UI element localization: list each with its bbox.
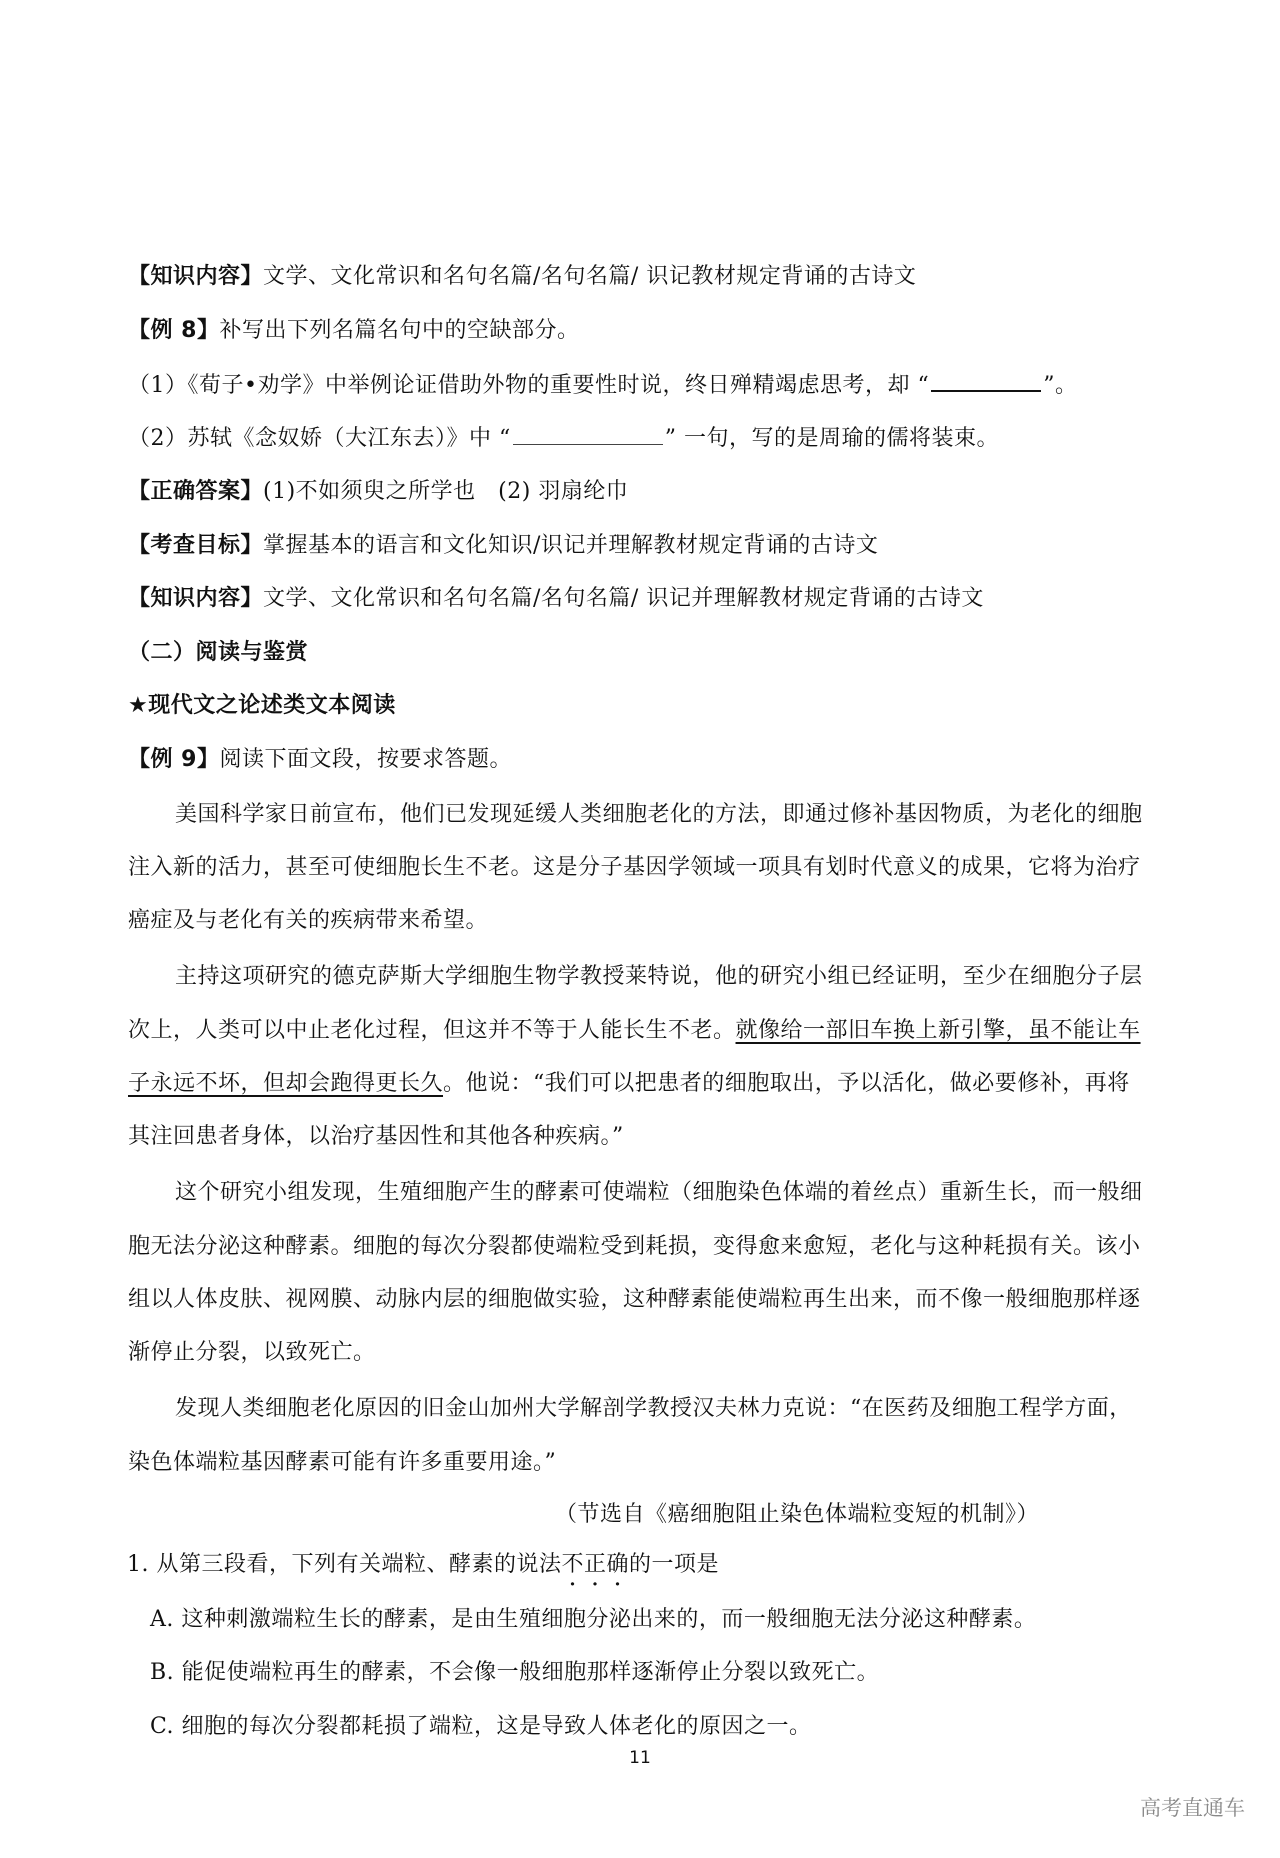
question1-stem: 1. 从第三段看，下列有关端粒、酵素的说法不正确的一项是 (127, 1550, 719, 1580)
q2-prefix: （2）苏轼《念奴娇（大江东去）》中 “ (128, 426, 511, 451)
knowledge-content-line-top: 【知识内容】文学、文化常识和名句名篇/名句名篇/ 识记教材规定背诵的古诗文 (128, 262, 916, 292)
goal-line: 【考查目标】掌握基本的语言和文化知识/识记并理解教材规定背诵的古诗文 (128, 531, 878, 561)
example8-heading: 【例 8】补写出下列名篇名句中的空缺部分。 (128, 316, 579, 346)
p2-line1: 主持这项研究的德克萨斯大学细胞生物学教授莱特说，他的研究小组已经证明，至少在细胞… (175, 962, 1143, 992)
q1-blank[interactable] (931, 370, 1041, 392)
option-a[interactable]: A. 这种刺激端粒生长的酵素，是由生殖细胞分泌出来的，而一般细胞无法分泌这种酵素… (150, 1605, 1036, 1635)
example8-tag: 【例 8】 (128, 318, 219, 343)
p1-line2: 注入新的活力，甚至可使细胞长生不老。这是分子基因学领域一项具有划时代意义的成果，… (128, 853, 1141, 883)
option-b[interactable]: B. 能促使端粒再生的酵素，不会像一般细胞那样逐渐停止分裂以致死亡。 (150, 1658, 879, 1688)
section-subheading: ★现代文之论述类文本阅读 (128, 691, 396, 721)
p3-line1: 这个研究小组发现，生殖细胞产生的酵素可使端粒（细胞染色体端的着丝点）重新生长，而… (175, 1178, 1143, 1208)
q2-blank[interactable] (513, 424, 663, 445)
q-stem-suffix: 的一项是 (629, 1552, 719, 1577)
p4-line1: 发现人类细胞老化原因的旧金山加州大学解剖学教授汉夫林力克说：“在医药及细胞工程学… (175, 1394, 1132, 1424)
example9-tag: 【例 9】 (128, 747, 219, 772)
document-page: 【知识内容】文学、文化常识和名句名篇/名句名篇/ 识记教材规定背诵的古诗文 【例… (0, 0, 1280, 1858)
emphasis-char: 正 (584, 1552, 607, 1577)
knowledge-tag: 【知识内容】 (128, 586, 263, 611)
p2-line3-plain: 。他说：“我们可以把患者的细胞取出，予以活化，做必要修补，再将 (443, 1071, 1130, 1096)
goal-tag: 【考查目标】 (128, 533, 263, 558)
emphasis-char: 确 (607, 1552, 630, 1577)
q1-suffix: ”。 (1043, 373, 1077, 398)
p3-line2: 胞无法分泌这种酵素。细胞的每次分裂都使端粒受到耗损，变得愈来愈短，老化与这种耗损… (128, 1232, 1141, 1262)
page-number: 11 (629, 1748, 651, 1768)
p2-line2: 次上，人类可以中止老化过程，但这并不等于人能长生不老。就像给一部旧车换上新引擎，… (128, 1016, 1141, 1046)
p2-line2-plain: 次上，人类可以中止老化过程，但这并不等于人能长生不老。 (128, 1018, 736, 1043)
answer-tag: 【正确答案】 (128, 479, 263, 504)
answer-text: (1)不如须臾之所学也 (2) 羽扇纶巾 (263, 479, 628, 504)
emphasis-char: 不 (562, 1552, 585, 1577)
example9-prompt: 阅读下面文段，按要求答题。 (219, 747, 512, 772)
section-heading: （二）阅读与鉴赏 (128, 638, 308, 668)
q2-suffix: ” 一句，写的是周瑜的儒将装束。 (665, 426, 999, 451)
knowledge-content-line: 【知识内容】文学、文化常识和名句名篇/名句名篇/ 识记并理解教材规定背诵的古诗文 (128, 584, 984, 614)
option-c[interactable]: C. 细胞的每次分裂都耗损了端粒，这是导致人体老化的原因之一。 (150, 1712, 812, 1742)
knowledge-text: 文学、文化常识和名句名篇/名句名篇/ 识记教材规定背诵的古诗文 (263, 264, 916, 289)
goal-text: 掌握基本的语言和文化知识/识记并理解教材规定背诵的古诗文 (263, 533, 878, 558)
example8-prompt: 补写出下列名篇名句中的空缺部分。 (219, 318, 579, 343)
q1-prefix: （1）《荀子•劝学》中举例论证借助外物的重要性时说，终日殚精竭虑思考，却 “ (128, 373, 929, 398)
knowledge-text: 文学、文化常识和名句名篇/名句名篇/ 识记并理解教材规定背诵的古诗文 (263, 586, 984, 611)
q-stem-prefix: 1. 从第三段看，下列有关端粒、酵素的说法 (127, 1552, 562, 1577)
p2-line3: 子永远不坏，但却会跑得更长久。他说：“我们可以把患者的细胞取出，予以活化，做必要… (128, 1069, 1130, 1099)
p3-line4: 渐停止分裂，以致死亡。 (128, 1338, 376, 1368)
answer-line: 【正确答案】(1)不如须臾之所学也 (2) 羽扇纶巾 (128, 477, 628, 507)
example9-heading: 【例 9】阅读下面文段，按要求答题。 (128, 745, 512, 775)
source-citation: （节选自《癌细胞阻止染色体端粒变短的机制》） (555, 1500, 1039, 1530)
p4-line2: 染色体端粒基因酵素可能有许多重要用途。” (128, 1448, 556, 1478)
p2-line4: 其注回患者身体，以治疗基因性和其他各种疾病。” (128, 1122, 624, 1152)
p2-underlined-sentence-cont: 子永远不坏，但却会跑得更长久 (128, 1071, 443, 1096)
p2-underlined-sentence: 就像给一部旧车换上新引擎，虽不能让车 (736, 1018, 1141, 1043)
watermark: 高考直通车 (1140, 1792, 1245, 1822)
knowledge-tag: 【知识内容】 (128, 264, 263, 289)
example8-question2: （2）苏轼《念奴娇（大江东去）》中 “” 一句，写的是周瑜的儒将装束。 (128, 424, 999, 454)
p1-line1: 美国科学家日前宣布，他们已发现延缓人类细胞老化的方法，即通过修补基因物质，为老化… (175, 800, 1143, 830)
p1-line3: 癌症及与老化有关的疾病带来希望。 (128, 906, 488, 936)
p3-line3: 组以人体皮肤、视网膜、动脉内层的细胞做实验，这种酵素能使端粒再生出来，而不像一般… (128, 1285, 1141, 1315)
example8-question1: （1）《荀子•劝学》中举例论证借助外物的重要性时说，终日殚精竭虑思考，却 “”。 (128, 370, 1077, 401)
